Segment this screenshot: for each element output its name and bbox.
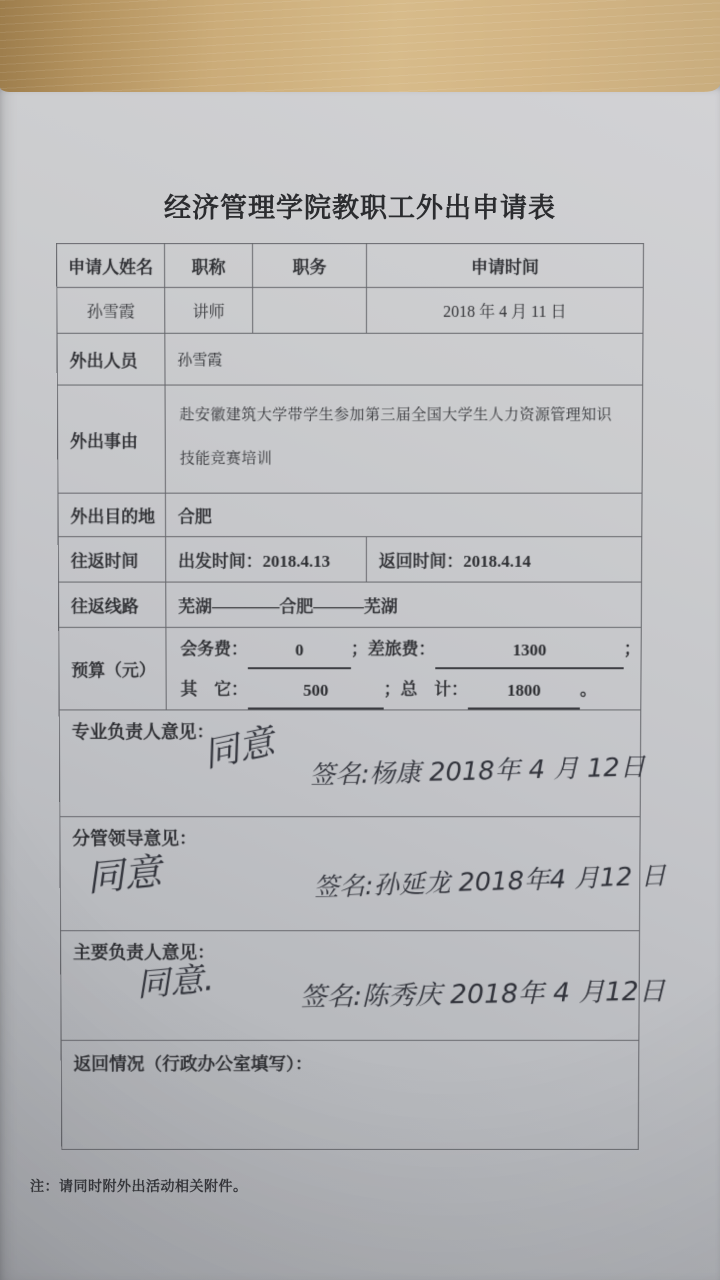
return-time-value: 返回时间：2018.4.14 <box>367 537 641 581</box>
other-fee-label: 其 它： <box>180 680 247 699</box>
trip-time-row: 往返时间 出发时间：2018.4.13 返回时间：2018.4.14 <box>59 537 642 582</box>
wood-desk <box>0 0 720 92</box>
route-value: 芜湖————合肥———芜湖 <box>166 583 641 627</box>
destination-value: 合肥 <box>166 494 642 537</box>
personnel-value: 孙雪霞 <box>165 334 642 385</box>
header-rank: 职称 <box>165 244 253 287</box>
meeting-fee-label: 会务费： <box>180 639 248 658</box>
destination-label: 外出目的地 <box>58 494 166 537</box>
applicant-name-value: 孙雪霞 <box>57 288 165 333</box>
budget-line-1: 会务费：0；差旅费：1300； <box>166 628 640 668</box>
reason-value: 赴安徽建筑大学带学生参加第三届全国大学生人力资源管理知识技能竞赛培训 <box>166 386 643 481</box>
return-info-section: 返回情况（行政办公室填写）： <box>62 1041 639 1149</box>
meeting-fee-value: 0 <box>248 634 351 668</box>
leader-opinion-section: 分管领导意见： 同意 签名:孙延龙 2018年4 月12 日 <box>60 817 639 931</box>
principal-opinion-handwriting: 同意. <box>134 952 216 1006</box>
reason-value-cell: 赴安徽建筑大学带学生参加第三届全国大学生人力资源管理知识技能竞赛培训 <box>166 386 643 493</box>
travel-fee-end: ； <box>624 639 641 658</box>
professional-opinion-section: 专业负责人意见： 同意 签名:杨康 2018年 4 月 12日 <box>60 710 641 817</box>
destination-row: 外出目的地 合肥 <box>58 494 641 538</box>
return-info-label: 返回情况（行政办公室填写）： <box>73 1051 312 1076</box>
form-title: 经济管理学院教职工外出申请表 <box>0 186 720 225</box>
photo-background: 经济管理学院教职工外出申请表 申请人姓名 职称 职务 申请时间 孙雪霞 讲师 2… <box>0 0 720 1280</box>
travel-fee-label: ；差旅费： <box>351 639 435 658</box>
travel-fee-value: 1300 <box>435 634 624 668</box>
professional-signature: 签名:杨康 2018年 4 月 12日 <box>309 747 646 792</box>
total-value: 1800 <box>468 675 580 709</box>
reason-row: 外出事由 赴安徽建筑大学带学生参加第三届全国大学生人力资源管理知识技能竞赛培训 <box>58 386 642 494</box>
professional-opinion-label: 专业负责人意见： <box>72 718 215 743</box>
other-fee-value: 500 <box>248 675 384 709</box>
depart-time-value: 出发时间：2018.4.13 <box>166 537 367 581</box>
header-apply-time: 申请时间 <box>367 244 643 287</box>
route-row: 往返线路 芜湖————合肥———芜湖 <box>59 583 641 628</box>
footnote: 注：请同时附外出活动相关附件。 <box>30 1176 248 1196</box>
principal-opinion-section: 主要负责人意见： 同意. 签名:陈秀庆 2018年 4 月12日 <box>61 931 639 1041</box>
budget-line-2: 其 它：500；总 计：1800。 <box>167 669 641 709</box>
personnel-label: 外出人员 <box>58 334 166 385</box>
applicant-duty-value <box>253 288 367 333</box>
applicant-row: 孙雪霞 讲师 2018 年 4 月 11 日 <box>57 288 642 334</box>
total-label: ；总 计： <box>384 680 468 699</box>
leader-signature: 签名:孙延龙 2018年4 月12 日 <box>313 856 667 904</box>
trip-time-label: 往返时间 <box>59 537 167 581</box>
header-row: 申请人姓名 职称 职务 申请时间 <box>57 244 643 288</box>
leader-opinion-handwriting: 同意 <box>83 841 164 902</box>
apply-date-value: 2018 年 4 月 11 日 <box>367 288 643 333</box>
personnel-row: 外出人员 孙雪霞 <box>58 334 643 386</box>
route-label: 往返线路 <box>59 583 166 627</box>
header-duty: 职务 <box>253 244 367 287</box>
header-applicant-name: 申请人姓名 <box>57 244 165 287</box>
budget-label: 预算（元） <box>59 628 166 710</box>
principal-signature: 签名:陈秀庆 2018年 4 月12日 <box>299 970 665 1014</box>
reason-label: 外出事由 <box>58 386 166 493</box>
total-end: 。 <box>580 680 597 699</box>
budget-row: 预算（元） 会务费：0；差旅费：1300； 其 它：500；总 计：1800。 <box>59 628 641 711</box>
application-form-table: 申请人姓名 职称 职务 申请时间 孙雪霞 讲师 2018 年 4 月 11 日 … <box>56 243 644 1150</box>
budget-value-cell: 会务费：0；差旅费：1300； 其 它：500；总 计：1800。 <box>166 628 640 710</box>
applicant-rank-value: 讲师 <box>165 288 253 333</box>
